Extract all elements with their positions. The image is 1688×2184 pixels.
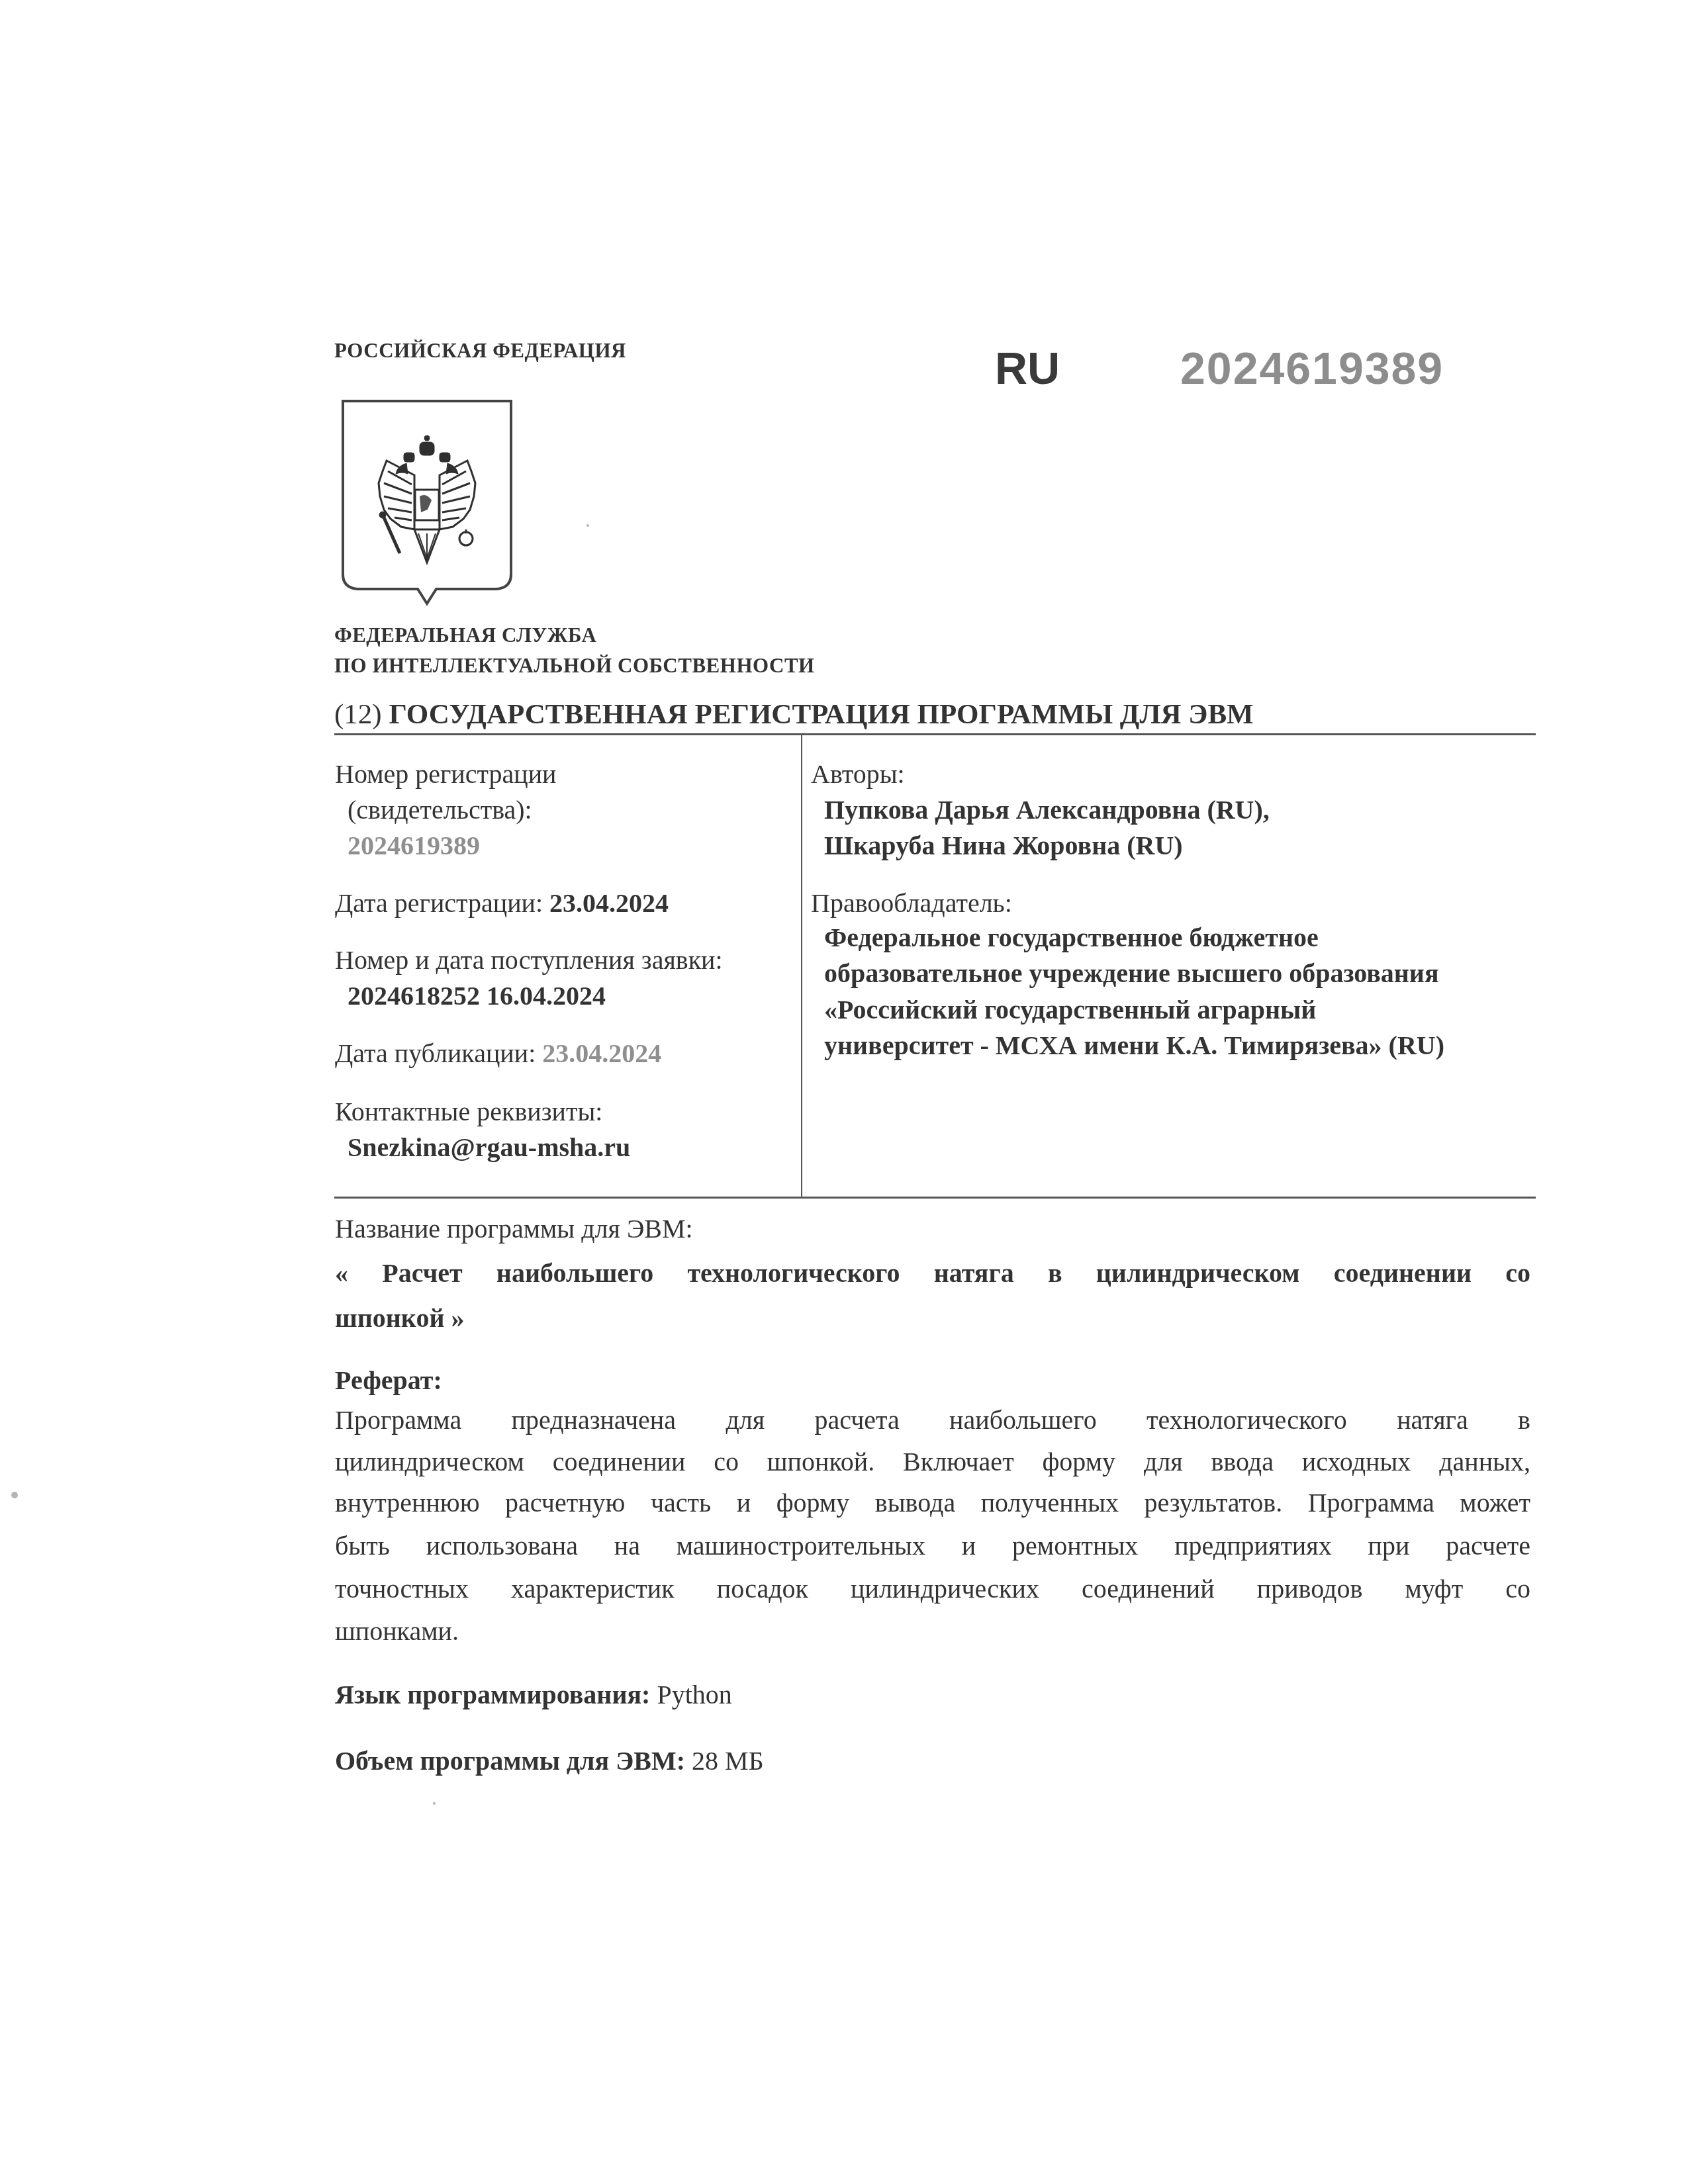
holder-line: образовательное учреждение высшего образ…: [824, 960, 1439, 987]
document-heading: (12) ГОСУДАРСТВЕННАЯ РЕГИСТРАЦИЯ ПРОГРАМ…: [334, 700, 1254, 729]
contacts-label: Контактные реквизиты:: [335, 1099, 602, 1125]
abstract-line: быть использована на машиностроительных …: [335, 1533, 1530, 1559]
publication-date-row: Дата публикации: 23.04.2024: [335, 1040, 661, 1067]
holder-line: «Российский государственный аграрный: [824, 997, 1316, 1023]
publication-date-label: Дата публикации:: [335, 1038, 536, 1068]
table-column-divider: [801, 735, 802, 1198]
abstract-line: шпонками.: [335, 1618, 1530, 1645]
agency-name-line2: ПО ИНТЕЛЛЕКТУАЛЬНОЙ СОБСТВЕННОСТИ: [334, 654, 815, 678]
scan-speck: [11, 1492, 18, 1498]
reg-date-value: 23.04.2024: [549, 888, 669, 918]
size-label: Объем программы для ЭВМ:: [335, 1746, 685, 1776]
size-row: Объем программы для ЭВМ: 28 МБ: [335, 1748, 764, 1774]
abstract-label: Реферат:: [335, 1367, 442, 1394]
reg-number-label-2: (свидетельства):: [348, 797, 532, 823]
abstract-line: Программа предназначена для расчета наиб…: [335, 1407, 1530, 1433]
coat-of-arms-icon: [340, 397, 514, 609]
authors-label: Авторы:: [811, 761, 905, 788]
application-value: 2024618252 16.04.2024: [348, 983, 606, 1009]
author-item: Пупкова Дарья Александровна (RU),: [824, 797, 1270, 823]
document-number: 2024619389: [1180, 346, 1444, 391]
language-value: Python: [657, 1680, 731, 1709]
publication-date-value: 23.04.2024: [542, 1038, 661, 1068]
language-label: Язык программирования:: [335, 1680, 650, 1709]
abstract-line: точностных характеристик посадок цилиндр…: [335, 1576, 1530, 1602]
size-value: 28 МБ: [692, 1746, 764, 1776]
scan-speck: [433, 1802, 436, 1805]
program-name-line: шпонкой »: [335, 1305, 1530, 1332]
country-name: РОССИЙСКАЯ ФЕДЕРАЦИЯ: [334, 339, 626, 363]
heading-title: ГОСУДАРСТВЕННАЯ РЕГИСТРАЦИЯ ПРОГРАММЫ ДЛ…: [389, 699, 1253, 730]
holder-line: университет - МСХА имени К.А. Тимирязева…: [824, 1032, 1444, 1059]
kind-code: (12): [334, 699, 382, 730]
abstract-line: внутреннюю расчетную часть и форму вывод…: [335, 1490, 1530, 1516]
holder-line: Федеральное государственное бюджетное: [824, 925, 1319, 951]
application-label: Номер и дата поступления заявки:: [335, 947, 723, 974]
abstract-line: цилиндрическом соединении со шпонкой. Вк…: [335, 1449, 1530, 1475]
author-item: Шкаруба Нина Жоровна (RU): [824, 833, 1183, 859]
reg-number-label: Номер регистрации: [335, 761, 556, 788]
holder-label: Правообладатель:: [811, 890, 1012, 917]
reg-number-value: 2024619389: [348, 833, 480, 859]
reg-date-row: Дата регистрации: 23.04.2024: [335, 890, 669, 917]
program-name-line: « Расчет наибольшего технологического на…: [335, 1260, 1530, 1287]
contacts-email[interactable]: Snezkina@rgau-msha.ru: [348, 1134, 630, 1161]
country-code: RU: [995, 343, 1060, 394]
document-id: RU: [995, 346, 1060, 391]
scan-speck: [586, 524, 589, 527]
language-row: Язык программирования: Python: [335, 1682, 732, 1708]
table-top-rule: [334, 733, 1536, 735]
agency-name-line1: ФЕДЕРАЛЬНАЯ СЛУЖБА: [334, 623, 597, 647]
program-name-label: Название программы для ЭВМ:: [335, 1216, 693, 1242]
table-bottom-rule: [334, 1197, 1536, 1199]
reg-date-label: Дата регистрации:: [335, 888, 543, 918]
